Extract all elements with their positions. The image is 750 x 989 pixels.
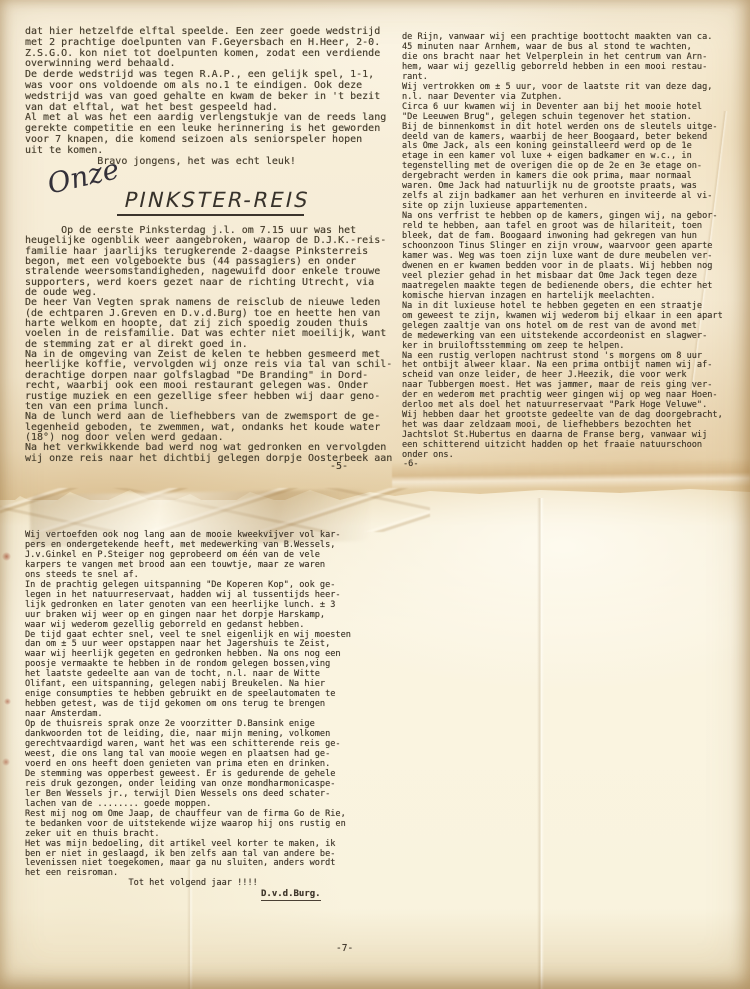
paper-stain [2,758,10,766]
scanned-newsletter-page: dat hier hetzelfde elftal speelde. Een z… [0,0,750,989]
author-signature: D.v.d.Burg. [261,889,321,901]
page-number-6: -6- [403,459,419,469]
paper-stain [2,552,11,561]
paper-stain [4,698,11,705]
match-report-text: dat hier hetzelfde elftal speelde. Een z… [25,27,386,167]
article-title: PINKSTER-REIS [122,188,312,212]
paper-crease [537,498,544,989]
article-text-page6: de Rijn, vanwaar wij een prachtige boott… [402,33,723,461]
page-number-5: -5- [330,461,348,472]
paper-crease [392,458,750,490]
title-underline [117,214,304,216]
page-number-7: -7- [336,943,353,954]
article-text-page5: Op de eerste Pinksterdag j.l. om 7.15 uu… [25,226,392,464]
article-text-page7: Wij vertoefden ook nog lang aan de mooie… [25,531,351,889]
